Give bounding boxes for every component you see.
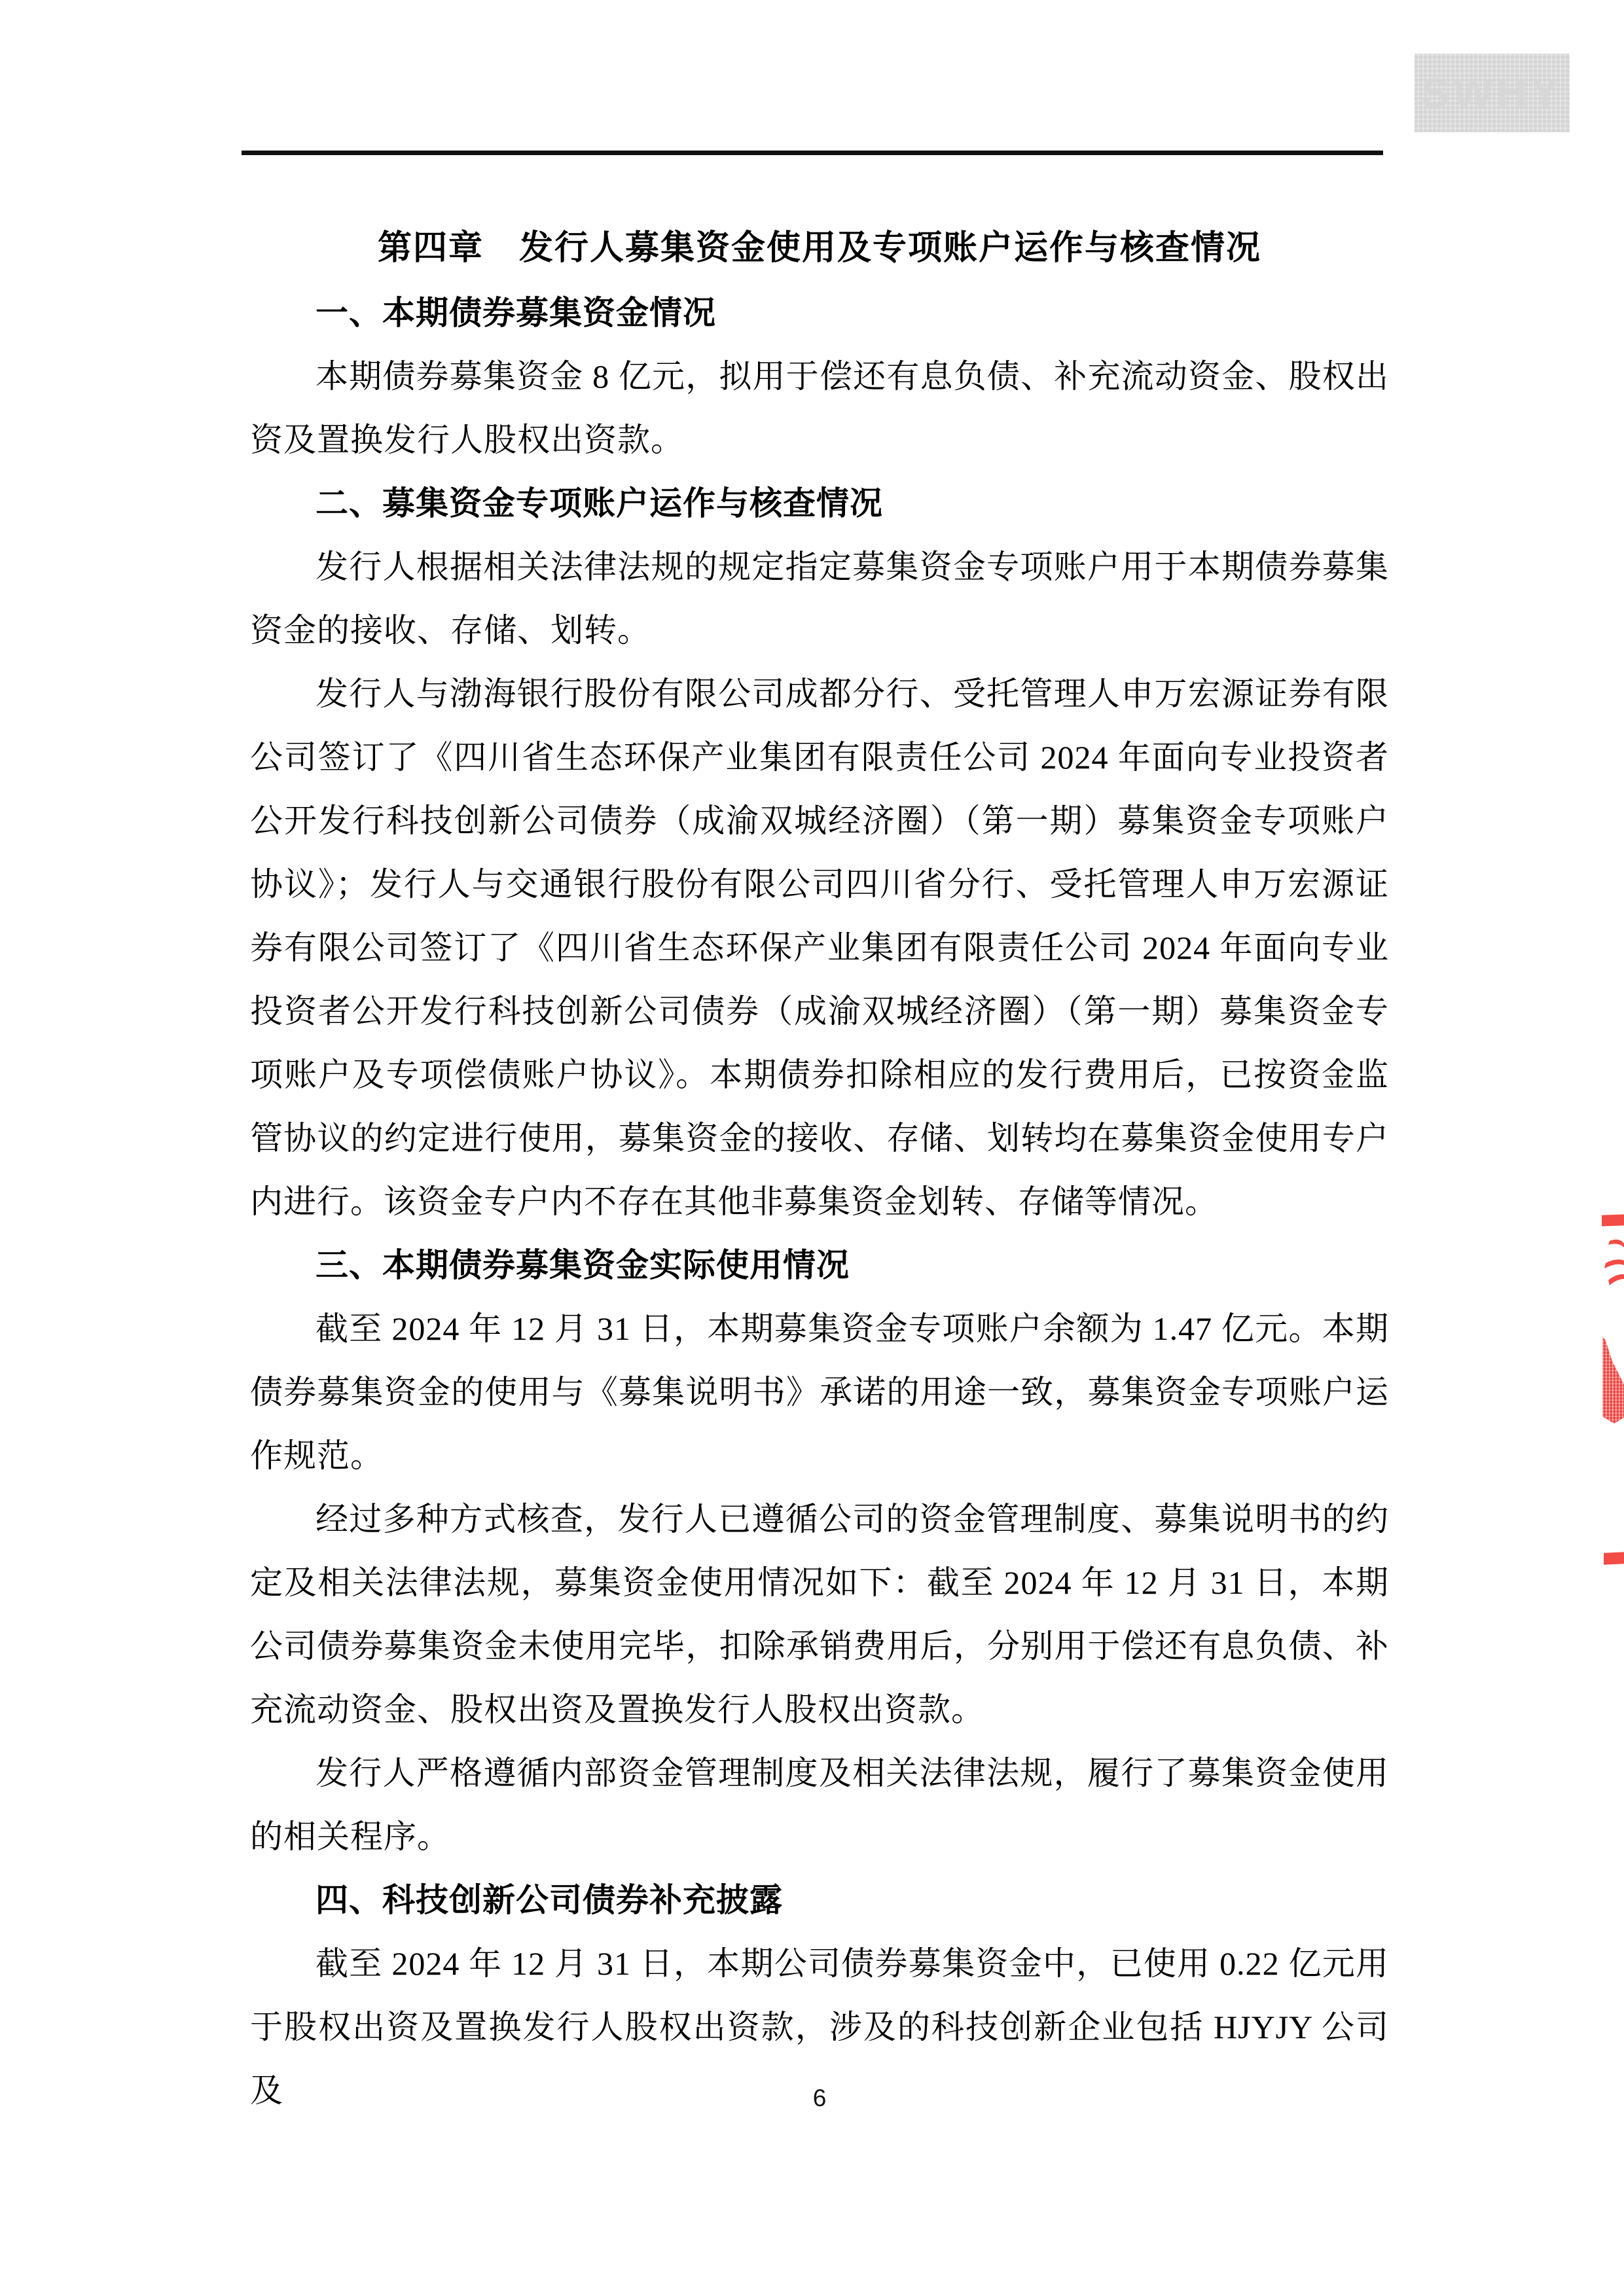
seal-fragment-bar-icon xyxy=(1602,1214,1624,1226)
paragraph: 截至 2024 年 12 月 31 日，本期募集资金专项账户余额为 1.47 亿… xyxy=(250,1297,1389,1488)
page-number: 6 xyxy=(250,2085,1389,2112)
paragraph: 经过多种方式核查，发行人已遵循公司的资金管理制度、募集说明书的约定及相关法律法规… xyxy=(250,1488,1389,1742)
section-heading-3: 三、本期债券募集资金实际使用情况 xyxy=(250,1234,1389,1297)
seal-fragment-stamp-icon xyxy=(1602,1336,1624,1424)
page-title: 第四章 发行人募集资金使用及专项账户运作与核查情况 xyxy=(250,216,1389,281)
section-heading-2: 二、募集资金专项账户运作与核查情况 xyxy=(250,472,1389,535)
paragraph: 本期债券募集资金 8 亿元，拟用于偿还有息负债、补充流动资金、股权出资及置换发行… xyxy=(250,345,1389,472)
paragraph: 发行人与渤海银行股份有限公司成都分行、受托管理人申万宏源证券有限公司签订了《四川… xyxy=(250,662,1389,1234)
watermark-box: SWHY xyxy=(1415,54,1570,132)
document-page: SWHY 第四章 发行人募集资金使用及专项账户运作与核查情况 一、本期债券募集资… xyxy=(0,0,1624,2296)
paragraph: 发行人根据相关法律法规的规定指定募集资金专项账户用于本期债券募集资金的接收、存储… xyxy=(250,535,1389,662)
document-content: 第四章 发行人募集资金使用及专项账户运作与核查情况 一、本期债券募集资金情况 本… xyxy=(250,216,1389,2123)
seal-fragment-strokes-icon xyxy=(1603,1237,1624,1288)
section-heading-4: 四、科技创新公司债券补充披露 xyxy=(250,1869,1389,1932)
section-heading-1: 一、本期债券募集资金情况 xyxy=(250,281,1389,345)
watermark-text: SWHY xyxy=(1422,69,1563,117)
header-rule xyxy=(242,151,1383,155)
paragraph: 发行人严格遵循内部资金管理制度及相关法律法规，履行了募集资金使用的相关程序。 xyxy=(250,1742,1389,1869)
seal-fragment-bar-icon xyxy=(1604,1552,1624,1565)
